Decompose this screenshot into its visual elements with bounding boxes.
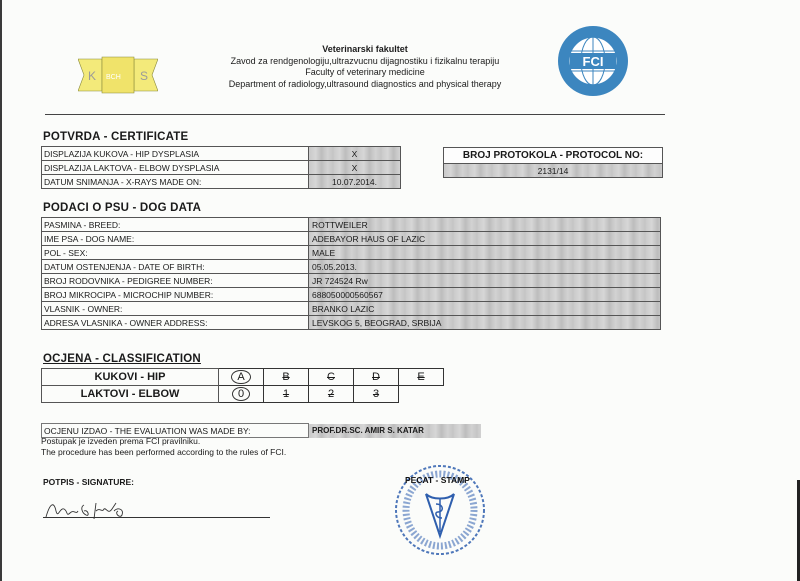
elbow-grade-empty (399, 386, 444, 403)
classification-title: OCJENA - CLASSIFICATION (43, 353, 201, 365)
hip-grade-a: A (219, 369, 264, 386)
dog-data-title: PODACI O PSU - DOG DATA (43, 202, 201, 214)
signature-label: POTPIS - SIGNATURE: (43, 477, 134, 487)
elbow-label: LAKTOVI - ELBOW (42, 386, 219, 403)
table-row: DISPLAZIJA KUKOVA - HIP DYSPLASIA X (42, 147, 401, 161)
table-row: VLASNIK - OWNER:BRANKO LAZIC (42, 302, 661, 316)
owner-value: BRANKO LAZIC (309, 302, 661, 316)
hip-grade-row: KUKOVI - HIP A B C D E (42, 369, 444, 386)
xray-date-value: 10.07.2014. (309, 175, 401, 189)
header-divider (45, 114, 665, 115)
sex-label: POL - SEX: (42, 246, 309, 260)
table-row: ADRESA VLASNIKA - OWNER ADDRESS:LEVSKOG … (42, 316, 661, 330)
signature-line (43, 517, 270, 518)
elbow-dysplasia-label: DISPLAZIJA LAKTOVA - ELBOW DYSPLASIA (42, 161, 309, 175)
classification-table: KUKOVI - HIP A B C D E LAKTOVI - ELBOW 0… (41, 368, 444, 403)
birth-date-label: DATUM OSTENJENJA - DATE OF BIRTH: (42, 260, 309, 274)
pedigree-value: JR 724524 Rw (309, 274, 661, 288)
department-name-local: Zavod za rendgenologiju,ultrazvucnu dija… (180, 56, 550, 68)
hip-label: KUKOVI - HIP (42, 369, 219, 386)
svg-text:FCI: FCI (583, 54, 604, 69)
faculty-name-en: Faculty of veterinary medicine (180, 67, 550, 79)
elbow-grade-2: 2 (309, 386, 354, 403)
table-row: PASMINA - BREED:ROTTWEILER (42, 218, 661, 232)
svg-text:S: S (140, 69, 148, 83)
breed-label: PASMINA - BREED: (42, 218, 309, 232)
dog-name-label: IME PSA - DOG NAME: (42, 232, 309, 246)
protocol-label: BROJ PROTOKOLA - PROTOCOL NO: (444, 148, 663, 164)
scan-edge-left (0, 0, 2, 581)
elbow-dysplasia-value: X (309, 161, 401, 175)
elbow-grade-row: LAKTOVI - ELBOW 0 1 2 3 (42, 386, 444, 403)
hip-grade-c: C (309, 369, 354, 386)
faculty-name-local: Veterinarski fakultet (180, 44, 550, 56)
svg-text:BCH: BCH (106, 74, 121, 81)
institution-header: Veterinarski fakultet Zavod za rendgenol… (180, 44, 550, 90)
evaluator-value: PROF.DR.SC. AMIR S. KATAR (309, 424, 482, 438)
svg-text:K: K (88, 69, 96, 83)
table-row: DATUM OSTENJENJA - DATE OF BIRTH:05.05.2… (42, 260, 661, 274)
procedure-note-local: Postupak je izveden prema FCI pravilniku… (41, 436, 286, 447)
protocol-table: BROJ PROTOKOLA - PROTOCOL NO: 2131/14 (443, 147, 663, 178)
owner-address-value: LEVSKOG 5, BEOGRAD, SRBIJA (309, 316, 661, 330)
microchip-value: 688050000560567 (309, 288, 661, 302)
table-row: DATUM SNIMANJA - X-RAYS MADE ON: 10.07.2… (42, 175, 401, 189)
elbow-grade-0: 0 (219, 386, 264, 403)
microchip-label: BROJ MIKROCIPA - MICROCHIP NUMBER: (42, 288, 309, 302)
dog-data-table: PASMINA - BREED:ROTTWEILER IME PSA - DOG… (41, 217, 661, 330)
dog-name-value: ADEBAYOR HAUS OF LAZIC (309, 232, 661, 246)
xray-date-label: DATUM SNIMANJA - X-RAYS MADE ON: (42, 175, 309, 189)
certificate-table: DISPLAZIJA KUKOVA - HIP DYSPLASIA X DISP… (41, 146, 401, 189)
table-row: DISPLAZIJA LAKTOVA - ELBOW DYSPLASIA X (42, 161, 401, 175)
hip-dysplasia-label: DISPLAZIJA KUKOVA - HIP DYSPLASIA (42, 147, 309, 161)
owner-address-label: ADRESA VLASNIKA - OWNER ADDRESS: (42, 316, 309, 330)
owner-label: VLASNIK - OWNER: (42, 302, 309, 316)
kinological-association-logo: K BCH S (78, 55, 158, 95)
certificate-title: POTVRDA - CERTIFICATE (43, 131, 188, 143)
breed-value: ROTTWEILER (309, 218, 661, 232)
hip-grade-b: B (264, 369, 309, 386)
table-row: IME PSA - DOG NAME:ADEBAYOR HAUS OF LAZI… (42, 232, 661, 246)
sex-value: MALE (309, 246, 661, 260)
birth-date-value: 05.05.2013. (309, 260, 661, 274)
fci-logo: FCI (556, 24, 630, 98)
table-row: BROJ MIKROCIPA - MICROCHIP NUMBER:688050… (42, 288, 661, 302)
pedigree-label: BROJ RODOVNIKA - PEDIGREE NUMBER: (42, 274, 309, 288)
stamp-label: PECAT - STAMP (405, 475, 470, 485)
procedure-note: Postupak je izveden prema FCI pravilniku… (41, 436, 286, 458)
table-row: BROJ RODOVNIKA - PEDIGREE NUMBER:JR 7245… (42, 274, 661, 288)
procedure-note-en: The procedure has been performed accordi… (41, 447, 286, 458)
hip-grade-d: D (354, 369, 399, 386)
protocol-number: 2131/14 (444, 164, 663, 178)
hip-grade-e: E (399, 369, 444, 386)
elbow-grade-1: 1 (264, 386, 309, 403)
department-name-en: Department of radiology,ultrasound diagn… (180, 79, 550, 91)
elbow-grade-3: 3 (354, 386, 399, 403)
table-row: POL - SEX:MALE (42, 246, 661, 260)
hip-dysplasia-value: X (309, 147, 401, 161)
